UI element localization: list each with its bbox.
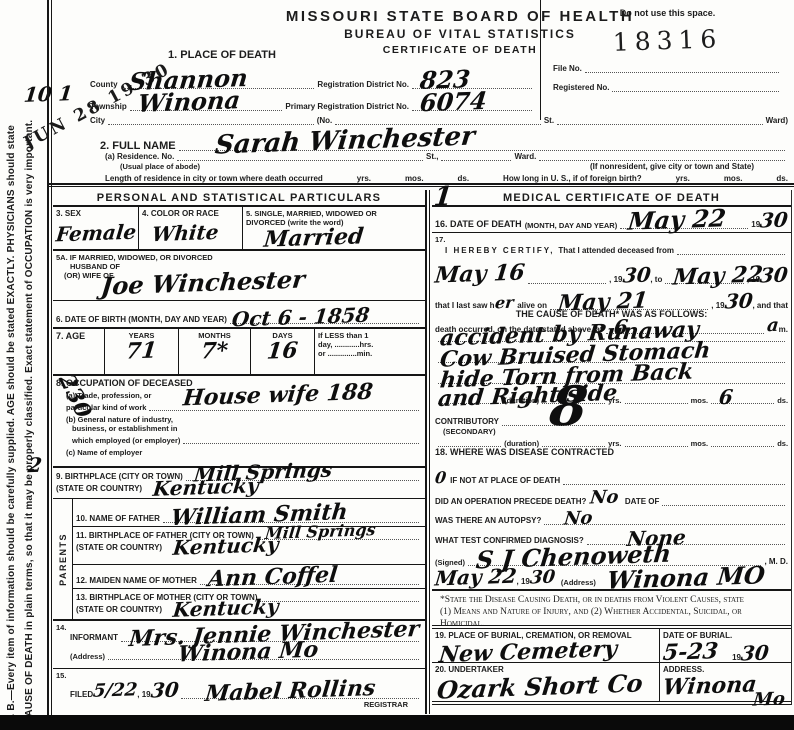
item-17-number: 17. <box>435 235 788 244</box>
operation-date-label: DATE OF <box>625 497 660 507</box>
registrar-box: Do not use this space. 18316 File No. Re… <box>540 0 792 120</box>
section-divider <box>47 183 794 187</box>
sign-date-value: May 22 <box>434 566 518 589</box>
registered-no-label: Registered No. <box>553 83 609 93</box>
where-contracted-label: 18. WHERE WAS DISEASE CONTRACTED <box>435 447 788 458</box>
sex-label: 3. SEX <box>56 209 135 219</box>
cause-of-death-label: THE CAUSE OF DEATH* WAS AS FOLLOWS: <box>435 309 788 320</box>
cause-duration-ds-value: 6 <box>718 387 734 408</box>
sign-address-label: (Address) <box>561 578 596 587</box>
personal-title: PERSONAL AND STATISTICAL PARTICULARS <box>53 190 425 207</box>
cause-line-4: and Right side <box>438 384 501 404</box>
informant-address-line: Winona Mo <box>108 649 419 660</box>
father-name-line: William Smith <box>163 512 419 523</box>
duration-mos-label: mos. <box>691 396 709 405</box>
birthplace-state-line: Kentucky <box>145 482 419 493</box>
city-label: City <box>90 116 105 126</box>
residence-ward-label: Ward. <box>514 152 536 162</box>
if-not-line <box>563 474 785 485</box>
informant-label: INFORMANT <box>70 633 118 643</box>
burial-date-value: 5-23 <box>662 640 719 664</box>
race-value: White <box>151 222 220 244</box>
autopsy-value: No <box>563 509 593 528</box>
father-birthplace-city-line: Mill Springs <box>257 529 419 540</box>
footnote-line-2: (1) Means and Nature of Injury, and (2) … <box>440 606 785 618</box>
to-year-value: 30 <box>759 264 789 285</box>
do-not-use-label: Do not use this space. <box>553 8 782 18</box>
cause-line-1: accident by Runaway <box>438 322 785 342</box>
father-birthplace-city-value: Mill Springs <box>264 522 376 542</box>
parents-label: PARENTS <box>58 533 68 586</box>
date-of-death-value: May 22 <box>627 206 727 234</box>
personal-particulars-column: PERSONAL AND STATISTICAL PARTICULARS 3. … <box>53 190 425 703</box>
filed-year-value: 30 <box>150 679 180 700</box>
date-of-death-line: May 22 <box>620 218 748 229</box>
date-of-death-sublabel: (MONTH, DAY AND YEAR) <box>525 221 618 230</box>
filed-label: FILED <box>70 690 93 700</box>
occ-a-value: House wife 188 <box>182 381 374 410</box>
abode-sublabel: (Usual place of abode) <box>120 162 200 171</box>
md-label: , M. D. <box>764 557 788 567</box>
item-15-number: 15. <box>56 671 66 680</box>
autopsy-label: WAS THERE AN AUTOPSY? <box>435 516 541 526</box>
sex-value: Female <box>55 222 137 245</box>
occ-b-label-3: which employed (or employer) <box>72 436 180 445</box>
months-value: 7* <box>200 339 229 362</box>
sign-address-value: Winona MO <box>606 563 766 593</box>
residence-st-line <box>441 150 511 161</box>
medical-certificate-column: 1 MEDICAL CERTIFICATE OF DEATH 16. DATE … <box>432 190 792 705</box>
sign-year-printed: , 19 <box>517 577 530 587</box>
dod-year-value: 30 <box>759 209 789 230</box>
occ-b-label-2: business, or establishment in <box>72 424 422 433</box>
operation-value: No <box>589 488 619 507</box>
dob-line: Oct 6 - 1858 <box>230 313 419 324</box>
registrar-signature: Mabel Rollins <box>204 677 377 705</box>
mother-name-value: Ann Coffel <box>207 564 339 591</box>
scan-edge-band <box>0 715 794 730</box>
father-birthplace-state-line: Kentucky <box>165 541 419 552</box>
cause-line-2: Cow Bruised Stomach <box>438 343 785 363</box>
footnote: *State the Disease Causing Death, or in … <box>432 591 791 629</box>
spacer <box>472 172 500 183</box>
spacer <box>645 172 673 183</box>
occ-b-label-1: (b) General nature of industry, <box>66 415 422 424</box>
residence-st-label: St., <box>426 152 438 162</box>
street-label: St. <box>544 116 554 126</box>
nonresident-sublabel: (If nonresident, give city or town and S… <box>590 162 754 171</box>
from-year-value: 30 <box>621 264 651 285</box>
years-value: 71 <box>125 339 158 362</box>
spacer <box>326 172 354 183</box>
dob-label: 6. DATE OF BIRTH (MONTH, DAY AND YEAR) <box>56 315 227 325</box>
attended-from-value: May 16 <box>434 261 526 286</box>
ink-circle-mark: 0 <box>434 470 447 486</box>
informant-address-label: (Address) <box>70 652 105 661</box>
spacer <box>374 172 402 183</box>
death-certificate-scan: N. B.—Every item of information should b… <box>0 0 794 730</box>
duration-ds-label: ds. <box>777 396 788 405</box>
column-divider <box>425 190 430 714</box>
dob-value: Oct 6 - 1858 <box>231 305 371 330</box>
house-no-label: (No. <box>317 116 333 126</box>
registrar-signature-line: Mabel Rollins <box>181 688 419 699</box>
undertaker-address-value-2: Mo <box>752 690 786 709</box>
dotted-leader <box>585 62 779 73</box>
age-label: 7. AGE <box>56 331 101 342</box>
occ-c-label: (c) Name of employer <box>66 448 422 457</box>
parents-sidebar: PARENTS <box>53 499 73 619</box>
mother-birthplace-state-label: (STATE OR COUNTRY) <box>76 605 162 615</box>
ifless-label-3: or ..............min. <box>318 349 422 358</box>
spacer <box>693 172 721 183</box>
certify-rest: That I attended deceased from <box>558 246 674 256</box>
spacer <box>745 172 773 183</box>
to-line: May 22 <box>665 273 743 284</box>
days-value: 16 <box>266 339 299 362</box>
mother-birthplace-state-line: Kentucky <box>165 603 419 614</box>
marital-label-1: 5. SINGLE, MARRIED, WIDOWED OR <box>246 209 422 218</box>
from-year-printed: , 19 <box>609 275 622 285</box>
margin-rule <box>47 0 52 715</box>
undertaker-value: Ozark Short Co <box>436 671 644 702</box>
informant-address-value: Winona Mo <box>177 639 320 666</box>
father-birthplace-state-value: Kentucky <box>172 534 280 558</box>
burial-value: New Cemetery <box>438 638 618 666</box>
occ-a-label-2: particular kind of work <box>66 403 146 412</box>
burial-year-value: 30 <box>740 642 770 663</box>
certificate-number: 18316 <box>553 22 783 59</box>
dotted-leader <box>612 81 779 92</box>
birthplace-state-value: Kentucky <box>152 475 260 499</box>
ward-label: Ward) <box>766 116 788 126</box>
father-birthplace-state-label: (STATE OR COUNTRY) <box>76 543 162 553</box>
attended-to-value: May 22 <box>672 263 764 288</box>
sign-address-line: Winona MO <box>599 575 785 586</box>
city-line <box>108 114 314 125</box>
if-not-at-place-label: IF NOT AT PLACE OF DEATH <box>450 476 560 486</box>
certify-intro: I HEREBY CERTIFY, <box>445 246 554 256</box>
marital-value: Married <box>263 225 365 251</box>
filed-year-printed: , 19 <box>137 690 150 700</box>
place-of-death-title: 1. PLACE OF DEATH <box>168 50 276 61</box>
undertaker-address-value: Winona <box>662 673 758 698</box>
duration-ds-line: 6 <box>711 393 774 404</box>
mother-name-label: 12. MAIDEN NAME OF MOTHER <box>76 576 197 586</box>
spouse-label-1: 5A. IF MARRIED, WIDOWED, OR DIVORCED <box>56 253 422 262</box>
contributory-line <box>502 415 785 426</box>
autopsy-line: No <box>544 514 785 525</box>
to-label: , to <box>650 275 662 285</box>
mother-birthplace-city-line <box>260 591 419 602</box>
margin-note-line1: N. B.—Every item of information should b… <box>6 125 17 724</box>
birthplace-state-label: (STATE OR COUNTRY) <box>56 484 142 494</box>
sign-year-value: 30 <box>529 569 556 588</box>
spouse-value: Joe Winchester <box>100 267 306 298</box>
residence-ward-line <box>539 150 785 161</box>
father-name-label: 10. NAME OF FATHER <box>76 514 160 524</box>
medical-title: MEDICAL CERTIFICATE OF DEATH <box>432 190 791 207</box>
operation-label: DID AN OPERATION PRECEDE DEATH? <box>435 497 586 507</box>
footnote-line-1: *State the Disease Causing Death, or in … <box>440 594 785 606</box>
margin-mark-2: 2 <box>27 455 43 476</box>
filed-day-value: 5/22 <box>92 681 138 701</box>
occ-b-line <box>183 433 419 444</box>
certify-line <box>677 244 785 255</box>
residence-label: (a) Residence. No. <box>105 152 174 162</box>
ifless-label-2: day, ............hrs. <box>318 340 422 349</box>
operation-date-line <box>662 495 785 506</box>
residence-no-line <box>177 150 423 161</box>
ifless-label-1: If LESS than 1 <box>318 331 422 340</box>
item-14-number: 14. <box>56 623 66 632</box>
contributory-label: CONTRIBUTORY <box>435 417 499 427</box>
secondary-label: (SECONDARY) <box>443 427 788 436</box>
file-no-label: File No. <box>553 64 582 74</box>
from-line <box>528 273 606 284</box>
date-of-death-label: 16. DATE OF DEATH <box>435 219 522 230</box>
duration-mos-line <box>625 393 688 404</box>
mother-birthplace-state-value: Kentucky <box>172 596 280 620</box>
street-line <box>557 114 763 125</box>
race-label: 4. COLOR OR RACE <box>142 209 239 219</box>
margin-note-line2: CAUSE OF DEATH in plain terms, so that i… <box>24 120 35 724</box>
mother-name-line: Ann Coffel <box>200 574 419 585</box>
